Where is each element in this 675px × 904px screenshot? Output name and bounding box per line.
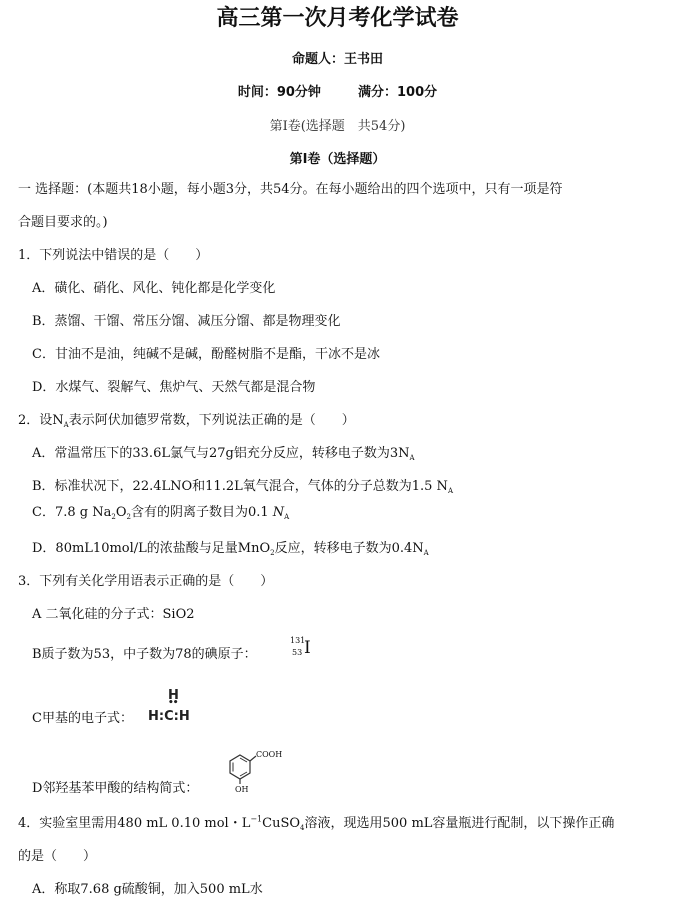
question-3-stem: 3．下列有关化学用语表示正确的是（ ）: [18, 573, 273, 591]
question-3-option-d: D邻羟基苯甲酸的结构简式：: [32, 780, 198, 798]
question-4-stem-line2: 的是（ ）: [18, 848, 96, 866]
question-1-option-d: D．水煤气、裂解气、焦炉气、天然气都是混合物: [32, 379, 315, 397]
author-line: 命题人：王书田: [0, 48, 675, 67]
question-3-option-a: A 二氧化硅的分子式：SiO2: [32, 606, 195, 624]
volume-info: 第Ⅰ卷(选择题 共54分): [0, 115, 675, 134]
score-label: 满分：100分: [358, 85, 437, 100]
methyl-lewis-structure: H •• H:C:H: [146, 688, 206, 728]
question-2-option-c: C．7.8 g Na2O2含有的阴离子数目为0.1 NA: [32, 504, 289, 526]
question-1-option-c: C．甘油不是油，纯碱不是碱，酚醛树脂不是酯，干冰不是冰: [32, 346, 380, 364]
iodine-nuclide-symbol: 131 53 I: [290, 636, 324, 666]
question-2-option-b: B．标准状况下，22.4LNO和11.2L氧气混合，气体的分子总数为1.5 NA: [32, 478, 453, 500]
question-1-option-a: A．磺化、硝化、风化、钝化都是化学变化: [32, 280, 275, 298]
section-intro-line2: 合题目要求的。): [18, 214, 108, 232]
question-2-stem: 2．设NA表示阿伏加德罗常数，下列说法正确的是（ ）: [18, 412, 355, 434]
volume-heading: 第Ⅰ卷（选择题）: [0, 148, 675, 167]
question-1-stem: 1．下列说法中错误的是（ ）: [18, 247, 208, 265]
question-4-stem-line1: 4．实验室里需用480 mL 0.10 mol・L−1CuSO4溶液，现选用50…: [18, 815, 614, 837]
time-label: 时间：90分钟: [238, 85, 321, 100]
question-2-option-d: D．80mL10mol/L的浓盐酸与足量MnO2反应，转移电子数为0.4NA: [32, 540, 429, 562]
question-4-option-a: A．称取7.68 g硫酸铜，加入500 mL水: [32, 881, 263, 899]
hydroxybenzoic-acid-structure: COOH OH: [226, 748, 286, 796]
section-intro-line1: 一 选择题：(本题共18小题，每小题3分，共54分。在每小题给出的四个选项中，只…: [18, 181, 563, 199]
question-3-option-b: B质子数为53，中子数为78的碘原子：: [32, 646, 257, 664]
time-score-line: 时间：90分钟 满分：100分: [0, 81, 675, 100]
question-1-option-b: B．蒸馏、干馏、常压分馏、减压分馏、都是物理变化: [32, 313, 341, 331]
question-3-option-c: C甲基的电子式：: [32, 710, 133, 728]
question-2-option-a: A．常温常压下的33.6L氯气与27g铝充分反应，转移电子数为3NA: [32, 445, 415, 467]
exam-title: 高三第一次月考化学试卷: [0, 4, 675, 34]
